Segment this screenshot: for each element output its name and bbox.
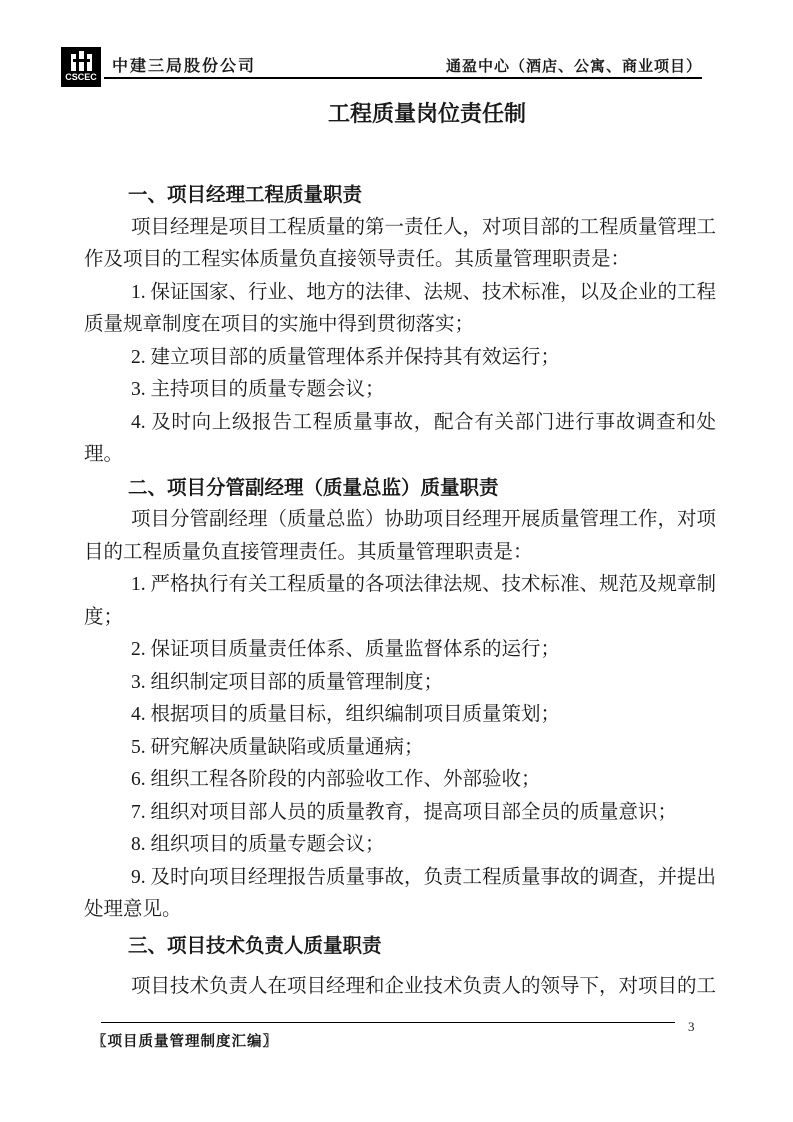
section-2-item-6: 6. 组织工程各阶段的内部验收工作、外部验收； xyxy=(84,764,716,797)
section-2-item-5: 5. 研究解决质量缺陷或质量通病； xyxy=(84,732,716,765)
section-2-item-1: 1. 严格执行有关工程质量的各项法律法规、技术标准、规范及规章制度； xyxy=(84,569,716,634)
page-title: 工程质量岗位责任制 xyxy=(328,99,526,129)
section-2-item-2: 2. 保证项目质量责任体系、质量监督体系的运行； xyxy=(84,634,716,667)
header-rule xyxy=(104,77,702,79)
section-2-intro: 项目分管副经理（质量总监）协助项目经理开展质量管理工作，对项目的工程质量负直接管… xyxy=(84,504,716,569)
page-number: 3 xyxy=(688,1019,695,1035)
company-name: 中建三局股份公司 xyxy=(112,53,256,76)
footer-compilation-label: 〖项目质量管理制度汇编〗 xyxy=(92,1030,278,1051)
section-2-item-7: 7. 组织对项目部人员的质量教育，提高项目部全员的质量意识； xyxy=(84,797,716,830)
section-2-heading: 二、项目分管副经理（质量总监）质量职责 xyxy=(84,472,716,505)
section-1-item-2: 2. 建立项目部的质量管理体系并保持其有效运行； xyxy=(84,342,716,375)
section-3-heading: 三、项目技术负责人质量职责 xyxy=(84,930,716,963)
document-page: CSCEC 中建三局股份公司 通盈中心（酒店、公寓、商业项目） 工程质量岗位责任… xyxy=(0,0,793,1122)
section-1-heading: 一、项目经理工程质量职责 xyxy=(84,179,716,212)
cscec-logo-icon: CSCEC xyxy=(61,47,101,87)
section-1-item-1: 1. 保证国家、行业、地方的法律、法规、技术标准，以及企业的工程质量规章制度在项… xyxy=(84,277,716,342)
section-2-item-8: 8. 组织项目的质量专题会议； xyxy=(84,829,716,862)
document-body: 一、项目经理工程质量职责 项目经理是项目工程质量的第一责任人，对项目部的工程质量… xyxy=(84,179,716,1004)
section-2-item-3: 3. 组织制定项目部的质量管理制度； xyxy=(84,667,716,700)
svg-text:CSCEC: CSCEC xyxy=(65,72,97,82)
section-2-item-4: 4. 根据项目的质量目标，组织编制项目质量策划； xyxy=(84,699,716,732)
section-2-item-9: 9. 及时向项目经理报告质量事故，负责工程质量事故的调查，并提出处理意见。 xyxy=(84,862,716,927)
footer-rule xyxy=(101,1022,675,1023)
section-1-intro: 项目经理是项目工程质量的第一责任人，对项目部的工程质量管理工作及项目的工程实体质… xyxy=(84,212,716,277)
project-name: 通盈中心（酒店、公寓、商业项目） xyxy=(446,55,702,76)
section-3-intro: 项目技术负责人在项目经理和企业技术负责人的领导下，对项目的工 xyxy=(84,971,716,1004)
section-1-item-4: 4. 及时向上级报告工程质量事故，配合有关部门进行事故调查和处理。 xyxy=(84,407,716,472)
section-1-item-3: 3. 主持项目的质量专题会议； xyxy=(84,374,716,407)
